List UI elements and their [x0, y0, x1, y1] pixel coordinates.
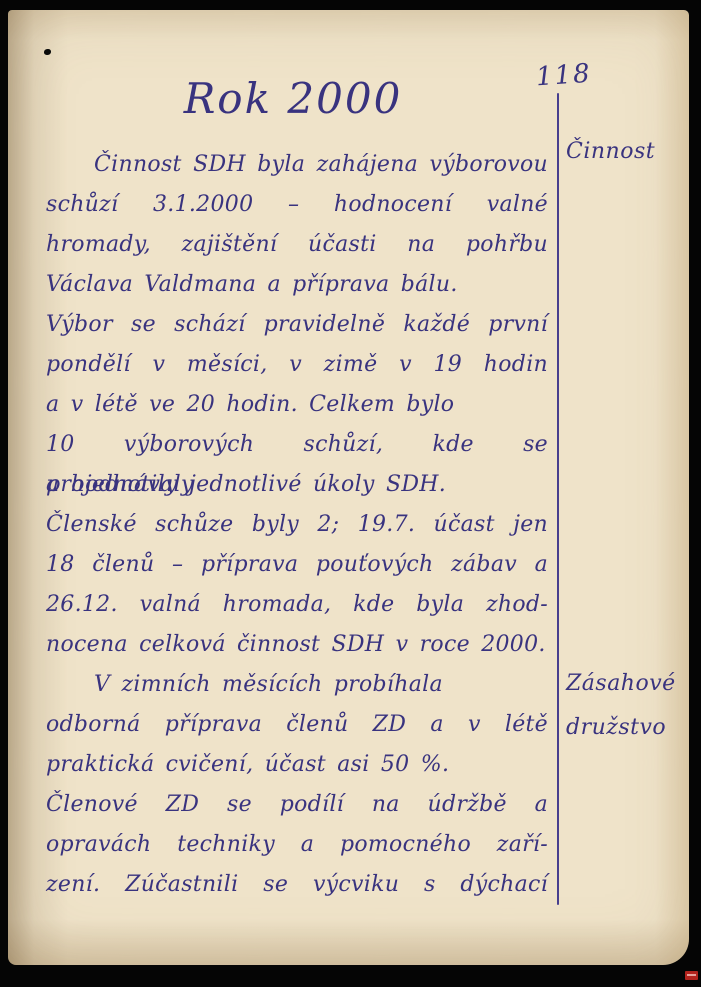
text-line: Činnost SDH byla zahájena výborovou: [46, 145, 548, 185]
text-line: Členské schůze byly 2; 19.7. účast jen: [46, 505, 548, 545]
page-number: 118: [535, 58, 607, 93]
text-line: 26.12. valná hromada, kde byla zhod-: [46, 585, 548, 625]
margin-note-zasahove-druzstvo: Zásahové družstvo: [566, 662, 678, 750]
margin-note-cinnost: Činnost: [566, 130, 686, 174]
margin-rule-line: [557, 93, 559, 905]
text-line: opravách techniky a pomocného zaří-: [46, 825, 548, 865]
red-marker-icon: [685, 971, 698, 980]
text-line: V zimních měsících probíhala: [46, 665, 548, 705]
text-line: Václava Valdmana a příprava bálu.: [46, 265, 548, 305]
body-text: Činnost SDH byla zahájena výborovou schů…: [46, 145, 548, 905]
text-line: Členové ZD se podílí na údržbě a: [46, 785, 548, 825]
text-line: hromady, zajištění účasti na pohřbu: [46, 225, 548, 265]
text-line: 18 členů – příprava pouťových zábav a: [46, 545, 548, 585]
page-title: Rok 2000: [183, 74, 403, 123]
text-line: Výbor se schází pravidelně každé první: [46, 305, 548, 345]
scan-speck: [44, 49, 51, 55]
text-line: 10 výborových schůzí, kde se projednával…: [46, 425, 548, 465]
text-line: pondělí v měsíci, v zimě v 19 hodin: [46, 345, 548, 385]
text-line: praktická cvičení, účast asi 50 %.: [46, 745, 548, 785]
scanned-chronicle-photo: { "colors": { "ink": "#39337f", "paper":…: [0, 0, 701, 987]
chronicle-page: 118 Rok 2000 Činnost Zásahové družstvo Č…: [8, 10, 689, 965]
text-line: a v létě ve 20 hodin. Celkem bylo: [46, 385, 548, 425]
text-line: odborná příprava členů ZD a v létě: [46, 705, 548, 745]
text-line: zení. Zúčastnili se výcviku s dýchací: [46, 865, 548, 905]
text-line: nocena celková činnost SDH v roce 2000.: [46, 625, 548, 665]
text-line: a hodnotily jednotlivé úkoly SDH.: [46, 465, 548, 505]
text-line: schůzí 3.1.2000 – hodnocení valné: [46, 185, 548, 225]
